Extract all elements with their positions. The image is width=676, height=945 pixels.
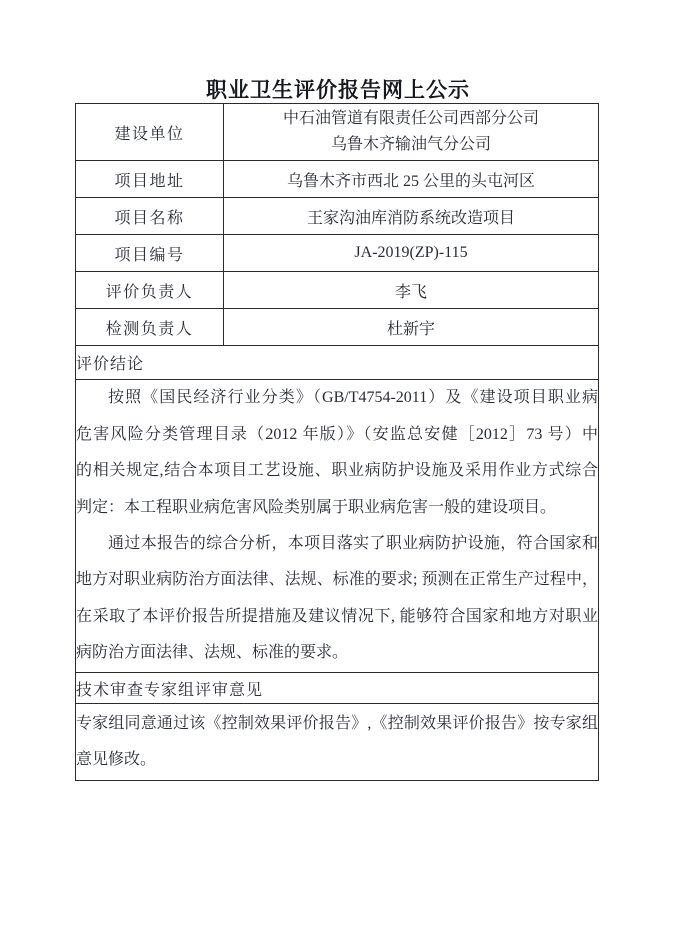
project-number-row: 项目编号 JA-2019(ZP)-115 [76,235,599,272]
conclusion-line-5: 通过本报告的综合分析，本项目落实了职业病防护设施，符合国家和 [76,526,598,562]
conclusion-line-6: 地方对职业病防治方面法律、法规、标准的要求; 预测在正常生产过程中， [76,562,598,598]
conclusion-line-7: 在采取了本评价报告所提措施及建议情况下, 能够符合国家和地方对职业 [76,599,598,635]
page-title: 职业卫生评价报告网上公示 [0,74,676,104]
project-address-row: 项目地址 乌鲁木齐市西北 25 公里的头屯河区 [76,161,599,198]
conclusion-header-row: 评价结论 [76,346,599,380]
testing-lead-label: 检测负责人 [76,309,224,346]
construction-unit-label: 建设单位 [76,104,224,161]
conclusion-line-4: 判定：本工程职业病危害风险类别属于职业病危害一般的建设项目。 [76,490,598,526]
conclusion-line-3: 的相关规定,结合本项目工艺设施、职业病防护设施及采用作业方式综合 [76,453,598,489]
evaluation-lead-value: 李飞 [224,272,599,309]
evaluation-lead-label: 评价负责人 [76,272,224,309]
conclusion-header: 评价结论 [76,346,599,380]
evaluation-lead-row: 评价负责人 李飞 [76,272,599,309]
conclusion-line-1: 按照《国民经济行业分类》（GB/T4754-2011）及《建设项目职业病 [76,380,598,416]
testing-lead-row: 检测负责人 杜新宇 [76,309,599,346]
project-number-value: JA-2019(ZP)-115 [224,235,599,272]
project-name-label: 项目名称 [76,198,224,235]
expert-review-body-row: 专家组同意通过该《控制效果评价报告》,《控制效果评价报告》按专家组 意见修改。 [76,704,599,781]
construction-unit-line-1: 中石油管道有限责任公司西部分公司 [224,106,598,132]
conclusion-line-2: 危害风险分类管理目录（2012 年版）》（安监总安健［2012］73 号）中 [76,417,598,453]
conclusion-body-row: 按照《国民经济行业分类》（GB/T4754-2011）及《建设项目职业病 危害风… [76,380,599,673]
project-name-row: 项目名称 王家沟油库消防系统改造项目 [76,198,599,235]
construction-unit-line-2: 乌鲁木齐输油气分公司 [224,132,598,158]
construction-unit-row: 建设单位 中石油管道有限责任公司西部分公司 乌鲁木齐输油气分公司 [76,104,599,161]
construction-unit-value: 中石油管道有限责任公司西部分公司 乌鲁木齐输油气分公司 [224,104,599,161]
document-page: { "page": { "title": "职业卫生评价报告网上公示" }, "… [0,0,676,945]
project-number-label: 项目编号 [76,235,224,272]
project-name-value: 王家沟油库消防系统改造项目 [224,198,599,235]
expert-review-text: 专家组同意通过该《控制效果评价报告》,《控制效果评价报告》按专家组 意见修改。 [76,704,599,781]
expert-review-header: 技术审查专家组评审意见 [76,673,599,704]
project-address-label: 项目地址 [76,161,224,198]
expert-review-line-1: 专家组同意通过该《控制效果评价报告》,《控制效果评价报告》按专家组 [76,706,598,742]
conclusion-text: 按照《国民经济行业分类》（GB/T4754-2011）及《建设项目职业病 危害风… [76,380,599,673]
project-address-value: 乌鲁木齐市西北 25 公里的头屯河区 [224,161,599,198]
expert-review-header-row: 技术审查专家组评审意见 [76,673,599,704]
conclusion-line-8: 病防治方面法律、法规、标准的要求。 [76,635,598,671]
expert-review-line-2: 意见修改。 [76,742,598,778]
report-table: 建设单位 中石油管道有限责任公司西部分公司 乌鲁木齐输油气分公司 项目地址 乌鲁… [75,103,599,781]
testing-lead-value: 杜新宇 [224,309,599,346]
